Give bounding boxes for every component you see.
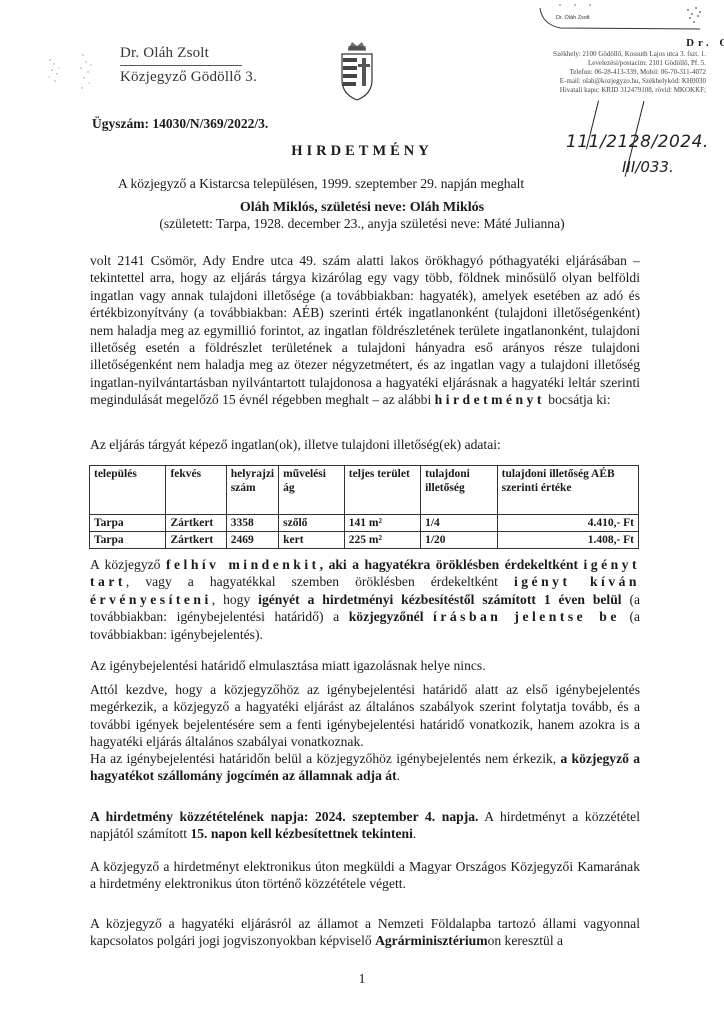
office-phone: Telefon: 06-28-413-339, Mobil: 06-70-311…	[470, 68, 706, 77]
intro-line: A közjegyző a Kistarcsa településen, 199…	[118, 175, 524, 192]
paragraph-first-claim: Attól kezdve, hogy a közjegyzőhöz az igé…	[90, 681, 640, 751]
letterhead-left: Dr. Oláh Zsolt Közjegyző Gödöllő 3.	[120, 42, 257, 88]
office-postal: Levelezési/postacím: 2101 Gödöllő, Pf. 5…	[470, 59, 706, 68]
scan-noise-decoration	[45, 50, 105, 95]
received-stamp-strip	[520, 2, 720, 34]
col-cultivation: művelési ág	[279, 466, 345, 515]
col-settlement: település	[90, 466, 166, 515]
office-gateway: Hivatali kapu: KRID 312479108, rövid: MK…	[470, 86, 706, 95]
col-parcel-number: helyrajzi szám	[226, 466, 278, 515]
paragraph-no-claim: Ha az igénybejelentési határidőn belül a…	[90, 750, 640, 785]
paragraph-no-excuse: Az igénybejelentési határidő elmulasztás…	[90, 657, 640, 674]
page-number: 1	[0, 972, 724, 988]
coat-of-arms-icon	[334, 38, 380, 102]
paragraph-publication-date: A hirdetmény közzétételének napja: 2024.…	[90, 808, 640, 843]
paragraph-call-for-claims: A közjegyző felhív mindenkit, aki a hagy…	[90, 556, 640, 643]
col-aeb-value: tulajdoni illetőség AÉB szerinti értéke	[497, 466, 638, 515]
table-row: Tarpa Zártkert 3358 szőlő 141 m² 1/4 4.4…	[90, 515, 639, 532]
paragraph-electronic-publication: A közjegyző a hirdetményt elektronikus ú…	[90, 858, 640, 893]
case-number: Ügyszám: 14030/N/369/2022/3.	[92, 116, 268, 132]
table-intro: Az eljárás tárgyát képező ingatlan(ok), …	[90, 436, 501, 453]
property-table: település fekvés helyrajzi szám művelési…	[89, 465, 639, 549]
office-title: Dr. Oláh Zsolt Közjegyzői Irodája	[470, 36, 724, 50]
paragraph-state-notification: A közjegyző a hagyatéki eljárásról az ál…	[90, 915, 640, 950]
document-title: HIRDETMÉNY	[0, 143, 724, 160]
stamp-label: Dr. Oláh Zsolt	[556, 15, 590, 21]
col-location: fekvés	[166, 466, 226, 515]
col-ownership-share: tulajdoni illetőség	[421, 466, 498, 515]
table-row: Tarpa Zártkert 2469 kert 225 m² 1/20 1.4…	[90, 532, 639, 549]
notary-name: Dr. Oláh Zsolt	[120, 42, 242, 66]
office-email: E-mail: olah@kozjegyzo.hu, Székhelykód: …	[470, 77, 706, 86]
notary-office: Közjegyző Gödöllő 3.	[120, 66, 257, 88]
deceased-name: Oláh Miklós, születési neve: Oláh Miklós	[0, 200, 724, 216]
letterhead-right: Dr. Oláh Zsolt Közjegyzői Irodája Székhe…	[470, 36, 706, 95]
deceased-birth-details: (született: Tarpa, 1928. december 23., a…	[0, 216, 724, 232]
col-total-area: teljes terület	[344, 466, 420, 515]
office-address: Székhely: 2100 Gödöllő, Kossuth Lajos ut…	[470, 50, 706, 59]
paragraph-estate-conditions: volt 2141 Csömör, Ady Endre utca 49. szá…	[90, 252, 640, 409]
emphasis-hirdetmenyt: hirdetményt	[435, 392, 545, 407]
table-header-row: település fekvés helyrajzi szám művelési…	[90, 466, 639, 515]
